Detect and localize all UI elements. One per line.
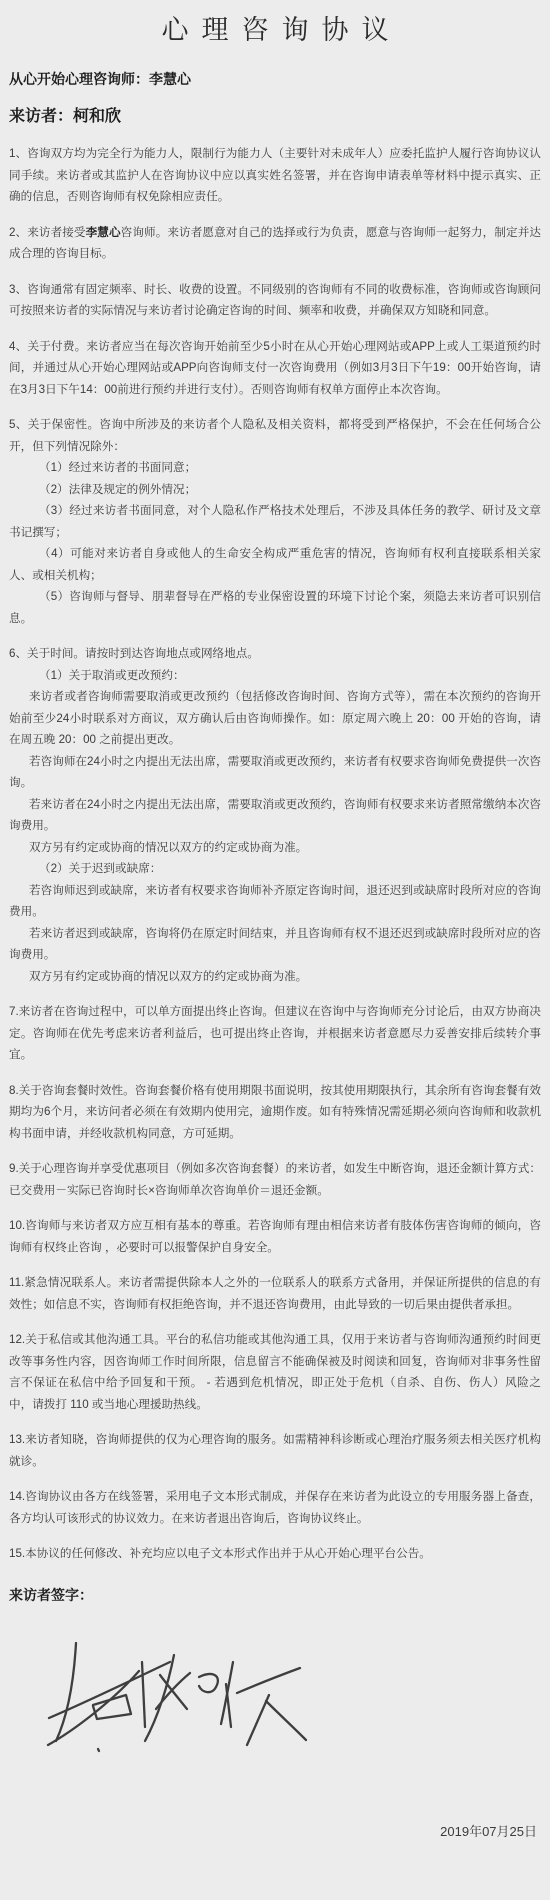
clause-6-item-1-detail-1: 来访者或者咨询师需要取消或更改预约（包括修改咨询时间、咨询方式等），需在本次预约… [9, 686, 541, 751]
clause-5: 5、关于保密性。咨询中所涉及的来访者个人隐私及相关资料，都将受到严格保护，不会在… [9, 414, 541, 457]
clause-6-item-1-detail-4: 双方另有约定或协商的情况以双方的约定或协商为准。 [9, 837, 541, 859]
signature-label: 来访者签字： [9, 1585, 541, 1605]
clause-6-item-1-detail-2: 若咨询师在24小时之内提出无法出席，需要取消或更改预约，来访者有权要求咨询师免费… [9, 751, 541, 794]
clause-6-item-2: （2）关于迟到或缺席： [9, 858, 541, 880]
clause-6-item-2-detail-2: 若来访者迟到或缺席，咨询将仍在原定时间结束，并且咨询师有权不退还迟到或缺席时段所… [9, 923, 541, 966]
clause-5-item-4: （4）可能对来访者自身或他人的生命安全构成严重危害的情况，咨询师有权利直接联系相… [9, 543, 541, 586]
clause-13: 13.来访者知晓，咨询师提供的仅为心理咨询的服务。如需精神科诊断或心理治疗服务须… [9, 1429, 541, 1472]
page-title: 心理咨询协议 [9, 6, 541, 47]
clause-2-prefix: 2、来访者接受 [9, 226, 86, 239]
clause-2: 2、来访者接受李慧心咨询师。来访者愿意对自己的选择或行为负责，愿意与咨询师一起努… [9, 222, 541, 265]
clause-1: 1、咨询双方均为完全行为能力人，限制行为能力人（主要针对未成年人）应委托监护人履… [9, 143, 541, 208]
signature-handwriting [23, 1629, 541, 1769]
signing-date: 2019年07月25日 [9, 1821, 541, 1840]
clause-6-item-1-detail-3: 若来访者在24小时之内提出无法出席，需要取消或更改预约，咨询师有权要求来访者照常… [9, 794, 541, 837]
clause-5-item-2: （2）法律及规定的例外情况； [9, 479, 541, 501]
clause-6-item-2-detail-3: 双方另有约定或协商的情况以双方的约定或协商为准。 [9, 966, 541, 988]
clause-8: 8.关于咨询套餐时效性。咨询套餐价格有使用期限书面说明，按其使用期限执行，其余所… [9, 1080, 541, 1145]
clause-10: 10.咨询师与来访者双方应互相有基本的尊重。若咨询师有理由相信来访者有肢体伤害咨… [9, 1215, 541, 1258]
clause-11: 11.紧急情况联系人。来访者需提供除本人之外的一位联系人的联系方式备用，并保证所… [9, 1272, 541, 1315]
clause-9: 9.关于心理咨询并享受优惠项目（例如多次咨询套餐）的来访者，如发生中断咨询，退还… [9, 1158, 541, 1201]
clause-4: 4、关于付费。来访者应当在每次咨询开始前至少5小时在从心开始心理网站或APP上或… [9, 336, 541, 401]
clause-5-item-1: （1）经过来访者的书面同意； [9, 457, 541, 479]
clause-14: 14.咨询协议由各方在线签署，采用电子文本形式制成，并保存在来访者为此设立的专用… [9, 1486, 541, 1529]
clause-12: 12.关于私信或其他沟通工具。平台的私信功能或其他沟通工具，仅用于来访者与咨询师… [9, 1329, 541, 1415]
visitor-line: 来访者：柯和欣 [9, 103, 541, 126]
clause-5-item-3: （3）经过来访者书面同意，对个人隐私作严格技术处理后，不涉及具体任务的教学、研讨… [9, 500, 541, 543]
clause-7: 7.来访者在咨询过程中，可以单方面提出终止咨询。但建议在咨询中与咨询师充分讨论后… [9, 1001, 541, 1066]
clause-3: 3、咨询通常有固定频率、时长、收费的设置。不同级别的咨询师有不同的收费标准，咨询… [9, 279, 541, 322]
clause-15: 15.本协议的任何修改、补充均应以电子文本形式作出并于从心开始心理平台公告。 [9, 1543, 541, 1565]
signature-strokes-icon [23, 1629, 323, 1769]
counselor-line: 从心开始心理咨询师：李慧心 [9, 69, 541, 89]
agreement-document: 心理咨询协议 从心开始心理咨询师：李慧心 来访者：柯和欣 1、咨询双方均为完全行… [0, 0, 550, 1900]
clause-5-item-5: （5）咨询师与督导、朋辈督导在严格的专业保密设置的环境下讨论个案，须隐去来访者可… [9, 586, 541, 629]
clause-6-item-1: （1）关于取消或更改预约： [9, 665, 541, 687]
counselor-name-inline: 李慧心 [86, 226, 121, 239]
clause-6: 6、关于时间。请按时到达咨询地点或网络地点。 [9, 643, 541, 665]
clause-6-item-2-detail-1: 若咨询师迟到或缺席，来访者有权要求咨询师补齐原定咨询时间，退还迟到或缺席时段所对… [9, 880, 541, 923]
